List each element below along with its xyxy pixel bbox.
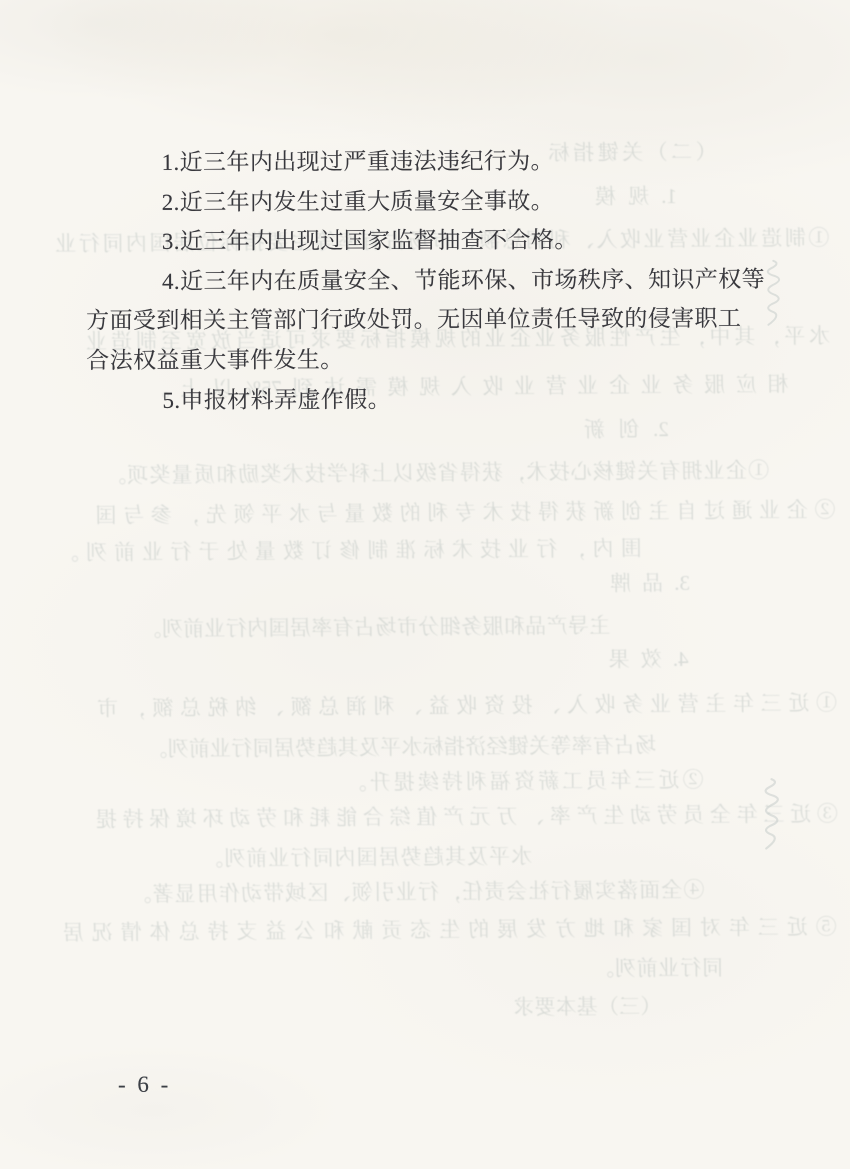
text-line: 2.近三年内发生过重大质量安全事故。 (86, 180, 762, 222)
bleed-through-line: 主导产品和服务细分市场占有率居国内行业前列。 (140, 613, 610, 645)
bleed-through-line: ①企业拥有关键核心技术，获得省级以上科学技术奖励和质量奖项。 (105, 457, 769, 490)
bleed-through-line: ①近三年主营业务收入、投资收益、利润总额、纳税总额，市 (97, 690, 837, 724)
text-line: 合法权益重大事件发生。 (86, 339, 762, 381)
bleed-through-line: ②近三年员工薪资福利持续提升。 (345, 767, 703, 798)
handwriting-bleed-mark (750, 775, 791, 853)
bleed-through-line: ②企业通过自主创新获得技术专利的数量与水平领先，参与国 (95, 497, 835, 531)
text-line: 方面受到相关主管部门行政处罚。无因单位责任导致的侵害职工 (86, 299, 762, 341)
bleed-through-line: （三）基本要求 (513, 993, 661, 1022)
bleed-through-line: ⑤近三年对国家和地方发展的生态贡献和公益支持总体情况居 (63, 914, 837, 948)
bleed-through-line: 水平及其趋势居国内同行业前列。 (202, 843, 532, 874)
text-line: 4.近三年内在质量安全、节能环保、市场秩序、知识产权等 (86, 260, 762, 302)
text-line: 3.近三年内出现过国家监督抽查不合格。 (86, 220, 762, 262)
bleed-through-line: 围内，行业技术标准制修订数量处于行业前列。 (58, 535, 642, 568)
text-line: 1.近三年内出现过严重违法违纪行为。 (86, 141, 762, 183)
text-line: 5.申报材料弄虚作假。 (86, 378, 762, 420)
bleed-through-line: ④全面落实履行社会责任，行业引领、区域带动作用显著。 (130, 877, 704, 910)
bleed-through-line: 4.效果 (608, 646, 688, 675)
bleed-through-line: 3.品牌 (610, 570, 690, 599)
document-body-text: 1.近三年内出现过严重违法违纪行为。2.近三年内发生过重大质量安全事故。3.近三… (86, 141, 763, 421)
bleed-through-line: 同行业前列。 (593, 955, 723, 984)
scanned-document-page: （二）关键指标1.规模①制造业企业营业收入、利润总额、市场占有率等主要指标位居国… (0, 0, 850, 1169)
page-number: - 6 - (118, 1072, 171, 1098)
bleed-through-line: 2.创新 (584, 416, 669, 445)
bleed-through-line: ③近三年全员劳动生产率、万元产值综合能耗和劳动环境保持提 (96, 801, 838, 835)
bleed-through-line: 场占有率等关键经济指标水平及其趋势居同行业前列。 (146, 732, 656, 764)
